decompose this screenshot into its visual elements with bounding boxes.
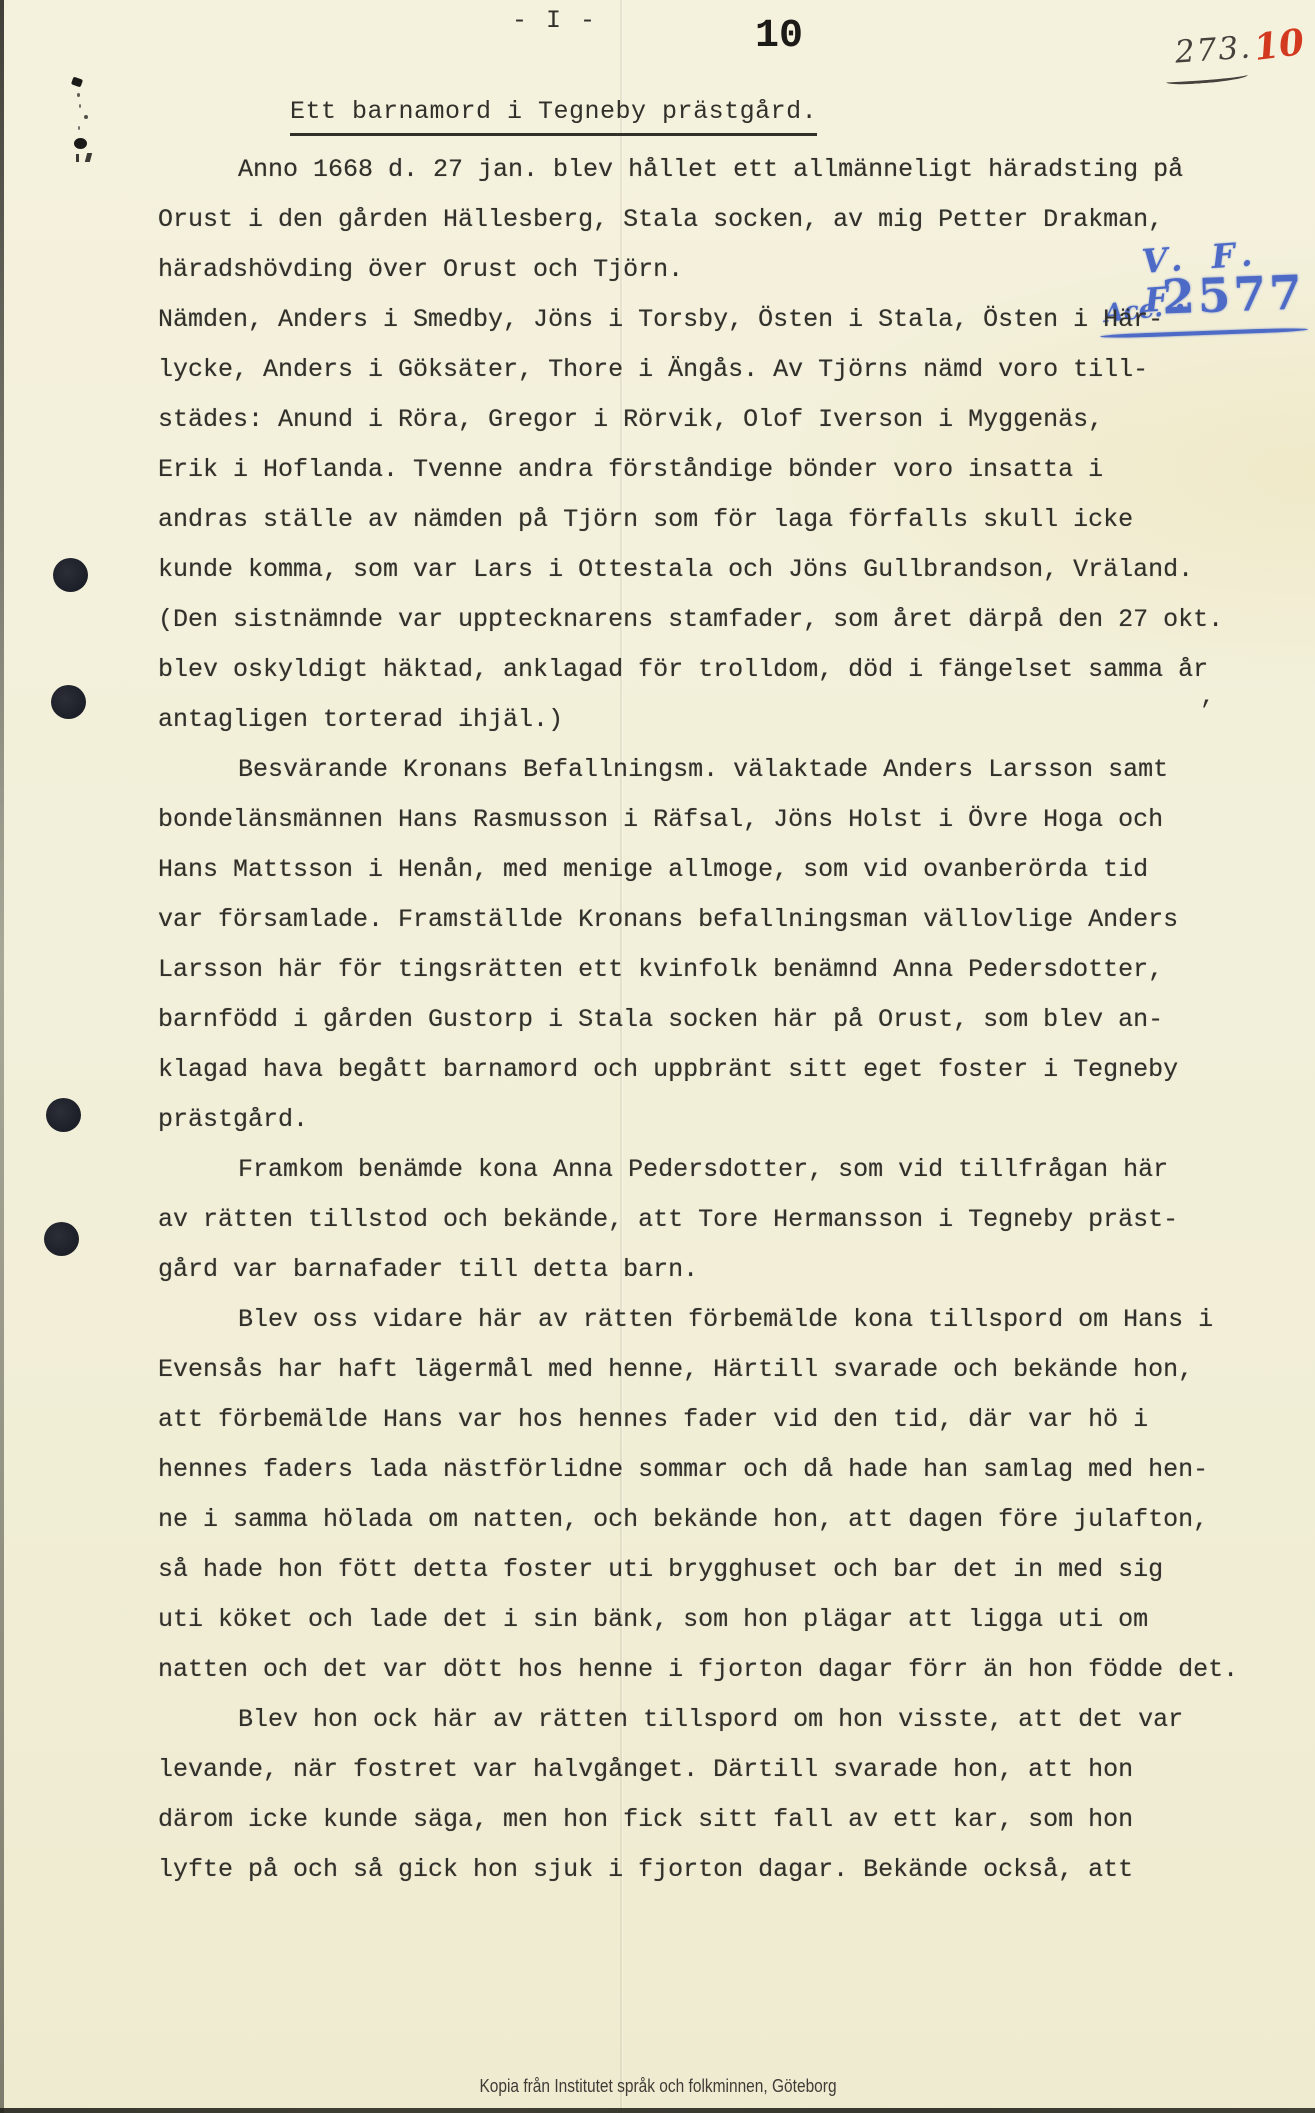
ink-dot: [77, 93, 80, 97]
document-line: var församlade. Framställde Kronans befa…: [0, 895, 1315, 945]
document-line: antagligen torterad ihjäl.): [0, 695, 1315, 745]
document-line: klagad hava begått barnamord och uppbrän…: [0, 1045, 1315, 1095]
document-line: av rätten tillstod och bekände, att Tore…: [0, 1195, 1315, 1245]
document-line: ne i samma hölada om natten, och bekände…: [0, 1495, 1315, 1545]
document-line: (Den sistnämnde var upptecknarens stamfa…: [0, 595, 1315, 645]
typed-stray-comma: ,: [1200, 682, 1215, 711]
document-line: Blev oss vidare här av rätten förbemälde…: [0, 1295, 1315, 1345]
document-line: Orust i den gården Hällesberg, Stala soc…: [0, 195, 1315, 245]
document-line: lyfte på och så gick hon sjuk i fjorton …: [0, 1845, 1315, 1895]
document-line: blev oskyldigt häktad, anklagad för trol…: [0, 645, 1315, 695]
ink-dot: [78, 126, 80, 130]
page-number: 10: [755, 14, 803, 59]
document-line: bondelänsmännen Hans Rasmusson i Räfsal,…: [0, 795, 1315, 845]
section-mark: - I -: [512, 6, 597, 35]
document-line: Evensås har haft lägermål med henne, Här…: [0, 1345, 1315, 1395]
ink-dot: [79, 104, 81, 108]
document-line: prästgård.: [0, 1095, 1315, 1145]
document-line: gård var barnafader till detta barn.: [0, 1245, 1315, 1295]
document-line: Framkom benämde kona Anna Pedersdotter, …: [0, 1145, 1315, 1195]
handwritten-archive-number: 273.: [1174, 29, 1253, 70]
document-line: Blev hon ock här av rätten tillspord om …: [0, 1695, 1315, 1745]
document-line: Larsson här för tingsrätten ett kvinfolk…: [0, 945, 1315, 995]
document-line: häradshövding över Orust och Tjörn.: [0, 245, 1315, 295]
ink-blob: [71, 77, 83, 88]
document-line: andras ställe av nämden på Tjörn som för…: [0, 495, 1315, 545]
document-lines: Anno 1668 d. 27 jan. blev hållet ett all…: [0, 145, 1315, 1895]
document-line: lycke, Anders i Göksäter, Thore i Ängås.…: [0, 345, 1315, 395]
document-line: städes: Anund i Röra, Gregor i Rörvik, O…: [0, 395, 1315, 445]
document-line: Hans Mattsson i Henån, med menige allmog…: [0, 845, 1315, 895]
handwritten-red-number: 10: [1252, 21, 1307, 69]
document-line: Erik i Hoflanda. Tvenne andra förståndig…: [0, 445, 1315, 495]
document-line: barnfödd i gården Gustorp i Stala socken…: [0, 995, 1315, 1045]
document-line: Anno 1668 d. 27 jan. blev hållet ett all…: [0, 145, 1315, 195]
document-line: Nämden, Anders i Smedby, Jöns i Torsby, …: [0, 295, 1315, 345]
document-line: så hade hon fött detta foster uti bryggh…: [0, 1545, 1315, 1595]
document-line: Besvärande Kronans Befallningsm. välakta…: [0, 745, 1315, 795]
archive-footer: Kopia från Institutet språk och folkminn…: [479, 2076, 836, 2097]
scanned-document-page: { "colors": { "paper": "#f2efda", "ink":…: [0, 0, 1315, 2113]
ink-dot: [84, 115, 88, 119]
document-line: uti köket och lade det i sin bänk, som h…: [0, 1595, 1315, 1645]
document-line: natten och det var dött hos henne i fjor…: [0, 1645, 1315, 1695]
scan-edge-bottom: [0, 2108, 1315, 2113]
document-line: därom icke kunde säga, men hon fick sitt…: [0, 1795, 1315, 1845]
document-line: hennes faders lada nästförlidne sommar o…: [0, 1445, 1315, 1495]
document-line: kunde komma, som var Lars i Ottestala oc…: [0, 545, 1315, 595]
document-title: Ett barnamord i Tegneby prästgård.: [290, 98, 817, 136]
document-line: levande, när fostret var halvgånget. Där…: [0, 1745, 1315, 1795]
document-line: att förbemälde Hans var hos hennes fader…: [0, 1395, 1315, 1445]
handwritten-underline: [1166, 71, 1248, 86]
